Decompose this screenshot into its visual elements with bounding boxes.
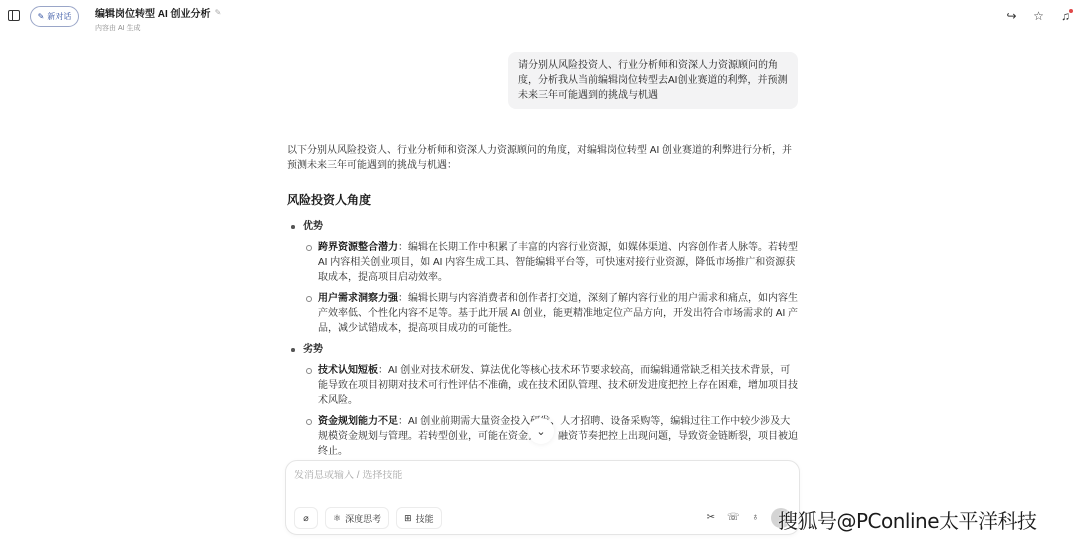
top-bar: ✎ 新对话 编辑岗位转型 AI 创业分析 ✎ 内容由 AI 生成 ↪ ☆ ♫ [0, 0, 1080, 34]
conversation-title: 编辑岗位转型 AI 创业分析 ✎ [95, 5, 221, 20]
deep-think-button[interactable]: ⚛ 深度思考 [325, 507, 389, 529]
notification-dot [1069, 9, 1073, 13]
edit-icon: ✎ [38, 12, 45, 21]
new-chat-button[interactable]: ✎ 新对话 [30, 6, 79, 27]
skills-grid-icon: ⊞ [404, 513, 412, 524]
star-icon[interactable]: ☆ [1032, 9, 1045, 23]
scroll-to-bottom-button[interactable]: ⌄ [528, 418, 554, 444]
chevron-down-icon: ⌄ [536, 425, 545, 438]
answer-intro: 以下分别从风险投资人、行业分析师和资深人力资源顾问的角度，对编辑岗位转型 AI … [287, 143, 799, 173]
scissors-icon[interactable]: ✂ [707, 512, 715, 523]
deep-think-icon: ⚛ [333, 513, 341, 524]
message-input[interactable] [294, 470, 774, 481]
skills-button[interactable]: ⊞ 技能 [396, 507, 442, 529]
phone-icon[interactable]: ☏ [727, 512, 740, 523]
ai-generated-note: 内容由 AI 生成 [95, 23, 221, 33]
microphone-icon[interactable]: ♁ [752, 512, 760, 523]
assistant-answer: 以下分别从风险投资人、行业分析师和资深人力资源顾问的角度，对编辑岗位转型 AI … [287, 143, 799, 465]
paperclip-icon: ⌀ [303, 513, 308, 524]
list-item: 跨界资源整合潜力：编辑在长期工作中积累了丰富的内容行业资源，如媒体渠道、内容创作… [303, 240, 799, 285]
composer-tools: ⌀ ⚛ 深度思考 ⊞ 技能 [294, 507, 442, 529]
header-actions: ↪ ☆ ♫ [1005, 9, 1072, 23]
list-item-strengths: 优势 跨界资源整合潜力：编辑在长期工作中积累了丰富的内容行业资源，如媒体渠道、内… [287, 219, 799, 336]
group-label: 劣势 [303, 342, 799, 357]
composer-right-tools: ✂ ☏ ♁ [707, 512, 759, 523]
sidebar-toggle-icon[interactable] [8, 10, 20, 21]
notification-bell-icon[interactable]: ♫ [1059, 9, 1072, 23]
attach-button[interactable]: ⌀ [294, 507, 318, 529]
new-chat-label: 新对话 [47, 11, 71, 22]
rename-icon[interactable]: ✎ [215, 8, 222, 17]
list-item: 技术认知短板：AI 创业对技术研发、算法优化等核心技术环节要求较高，而编辑通常缺… [303, 363, 799, 408]
conversation-header: 编辑岗位转型 AI 创业分析 ✎ 内容由 AI 生成 [95, 5, 221, 33]
section-heading: 风险投资人角度 [287, 193, 799, 208]
list-item: 用户需求洞察力强：编辑长期与内容消费者和创作者打交道，深刻了解内容行业的用户需求… [303, 291, 799, 336]
share-icon[interactable]: ↪ [1005, 9, 1018, 23]
watermark: 搜狐号@PConline太平洋科技 [778, 505, 1037, 534]
user-message: 请分别从风险投资人、行业分析师和资深人力资源顾问的角度，分析我从当前编辑岗位转型… [508, 52, 798, 109]
group-label: 优势 [303, 219, 799, 234]
message-composer: ⌀ ⚛ 深度思考 ⊞ 技能 ✂ ☏ ♁ [285, 460, 800, 535]
